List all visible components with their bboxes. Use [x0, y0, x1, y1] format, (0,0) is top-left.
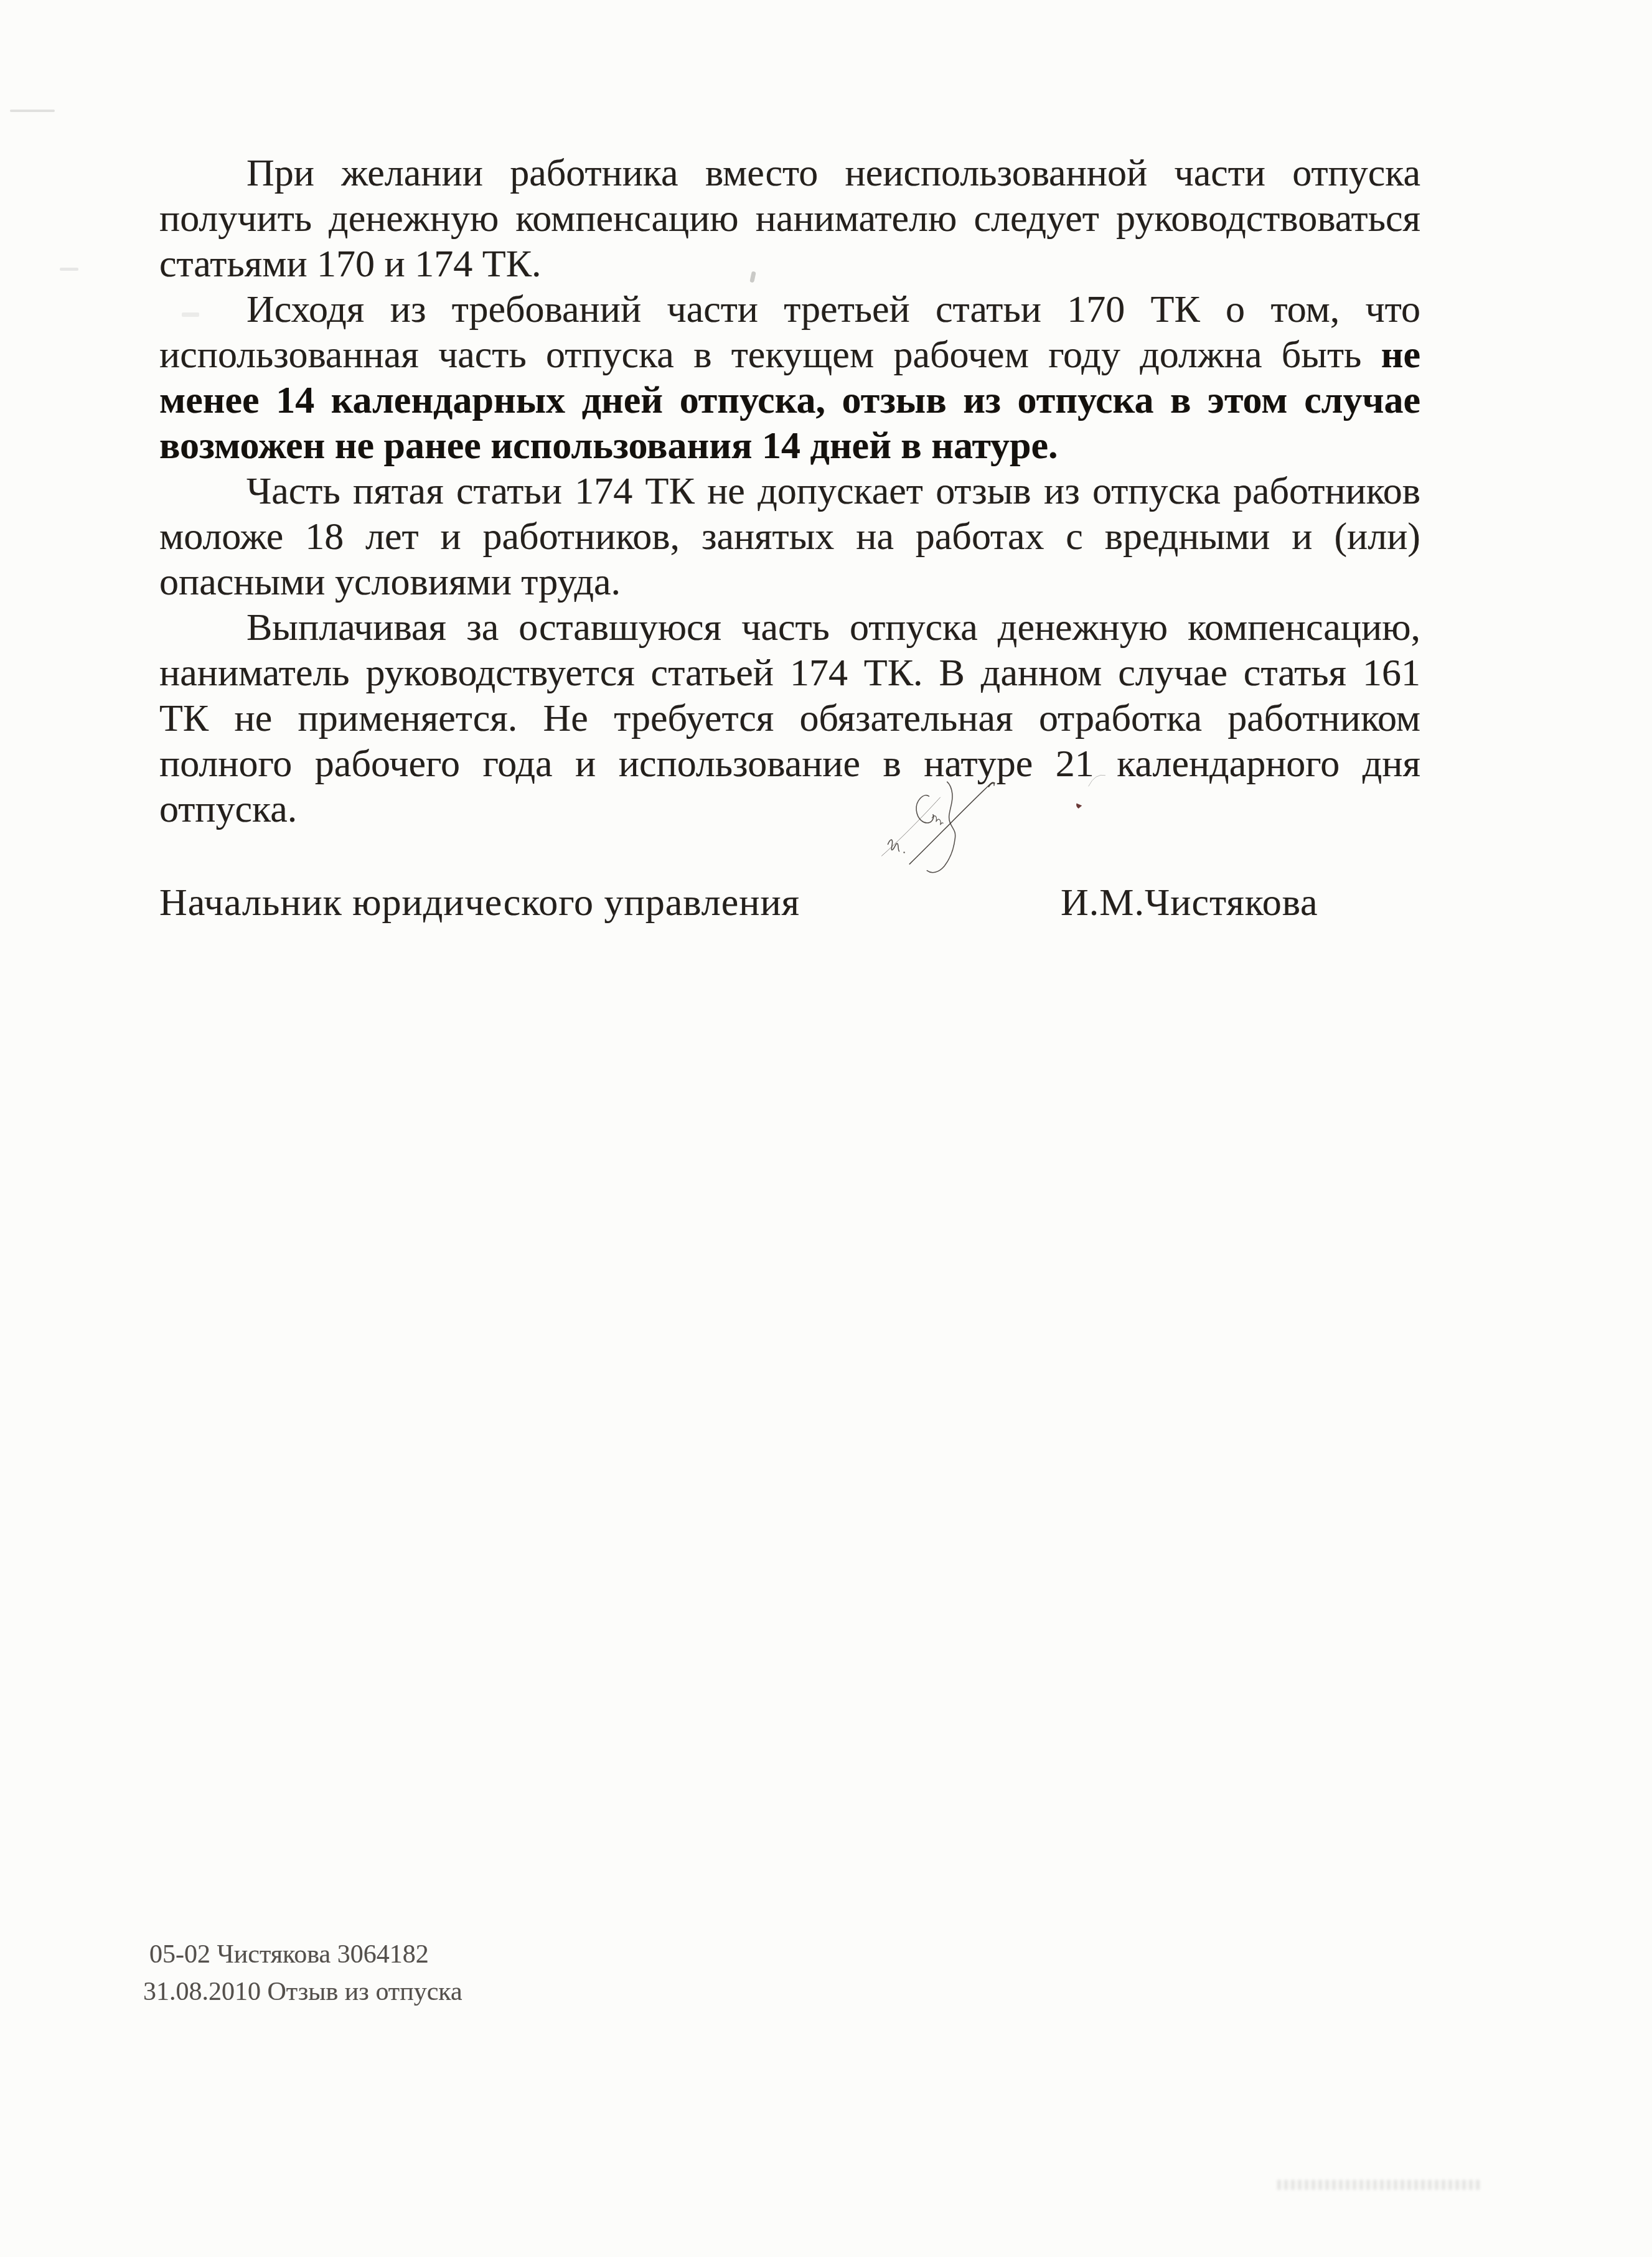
text-line: использованная часть отпуска в текущем р…: [159, 332, 1420, 378]
text-line: полного рабочего года и использование в …: [159, 741, 1420, 787]
text-line: Исходя из требований части третьей стать…: [159, 287, 1420, 332]
bold-text-run: возможен не ранее использования 14 дней …: [159, 425, 1058, 467]
text-line: Выплачивая за оставшуюся часть отпуска д…: [159, 605, 1420, 650]
text-line: Часть пятая статьи 174 ТК не допускает о…: [159, 469, 1420, 514]
text-run: полного рабочего года и использование в …: [159, 743, 1420, 785]
text-line: возможен не ранее использования 14 дней …: [159, 423, 1420, 469]
signer-name: И.М.Чистякова: [1061, 880, 1318, 926]
text-run: наниматель руководствуется статьей 174 Т…: [159, 652, 1420, 694]
bold-text-run: менее 14 календарных дней отпуска, отзыв…: [159, 379, 1420, 421]
text-line: моложе 18 лет и работников, занятых на р…: [159, 514, 1420, 560]
text-run: моложе 18 лет и работников, занятых на р…: [159, 515, 1420, 558]
body-text: При желании работника вместо неиспользов…: [159, 151, 1420, 832]
text-run: Исходя из требований части третьей стать…: [246, 288, 1420, 331]
scan-artifact-dash: [10, 110, 55, 112]
scan-smudge: [1277, 2180, 1483, 2190]
text-run: использованная часть отпуска в текущем р…: [159, 334, 1381, 376]
text-line: отпуска.: [159, 787, 1420, 832]
signature-block: Начальник юридического управления И.М.Чи…: [159, 880, 1420, 930]
footer: 05-02 Чистякова 3064182 31.08.2010 Отзыв…: [149, 1936, 462, 2011]
text-run: статьями 170 и 174 ТК.: [159, 243, 542, 285]
text-run: При желании работника вместо неиспользов…: [246, 152, 1420, 194]
text-line: опасными условиями труда.: [159, 560, 1420, 605]
text-line: менее 14 календарных дней отпуска, отзыв…: [159, 378, 1420, 423]
text-line: получить денежную компенсацию нанимателю…: [159, 196, 1420, 242]
text-line: ТК не применяется. Не требуется обязател…: [159, 696, 1420, 741]
text-run: отпуска.: [159, 788, 297, 830]
text-line: статьями 170 и 174 ТК.: [159, 242, 1420, 287]
bold-text-run: не: [1381, 334, 1420, 376]
text-line: наниматель руководствуется статьей 174 Т…: [159, 650, 1420, 696]
document-page: При желании работника вместо неиспользов…: [0, 0, 1652, 2257]
footer-date-subject: 31.08.2010 Отзыв из отпуска: [143, 1973, 462, 2011]
text-run: Часть пятая статьи 174 ТК не допускает о…: [246, 470, 1420, 512]
text-run: опасными условиями труда.: [159, 561, 621, 603]
signer-title: Начальник юридического управления: [159, 880, 800, 926]
text-line: При желании работника вместо неиспользов…: [159, 151, 1420, 196]
text-run: Выплачивая за оставшуюся часть отпуска д…: [246, 606, 1420, 649]
footer-reference: 05-02 Чистякова 3064182: [149, 1936, 462, 1973]
text-run: получить денежную компенсацию нанимателю…: [159, 197, 1420, 240]
text-run: ТК не применяется. Не требуется обязател…: [159, 697, 1420, 739]
scan-artifact-dash: [60, 268, 78, 271]
